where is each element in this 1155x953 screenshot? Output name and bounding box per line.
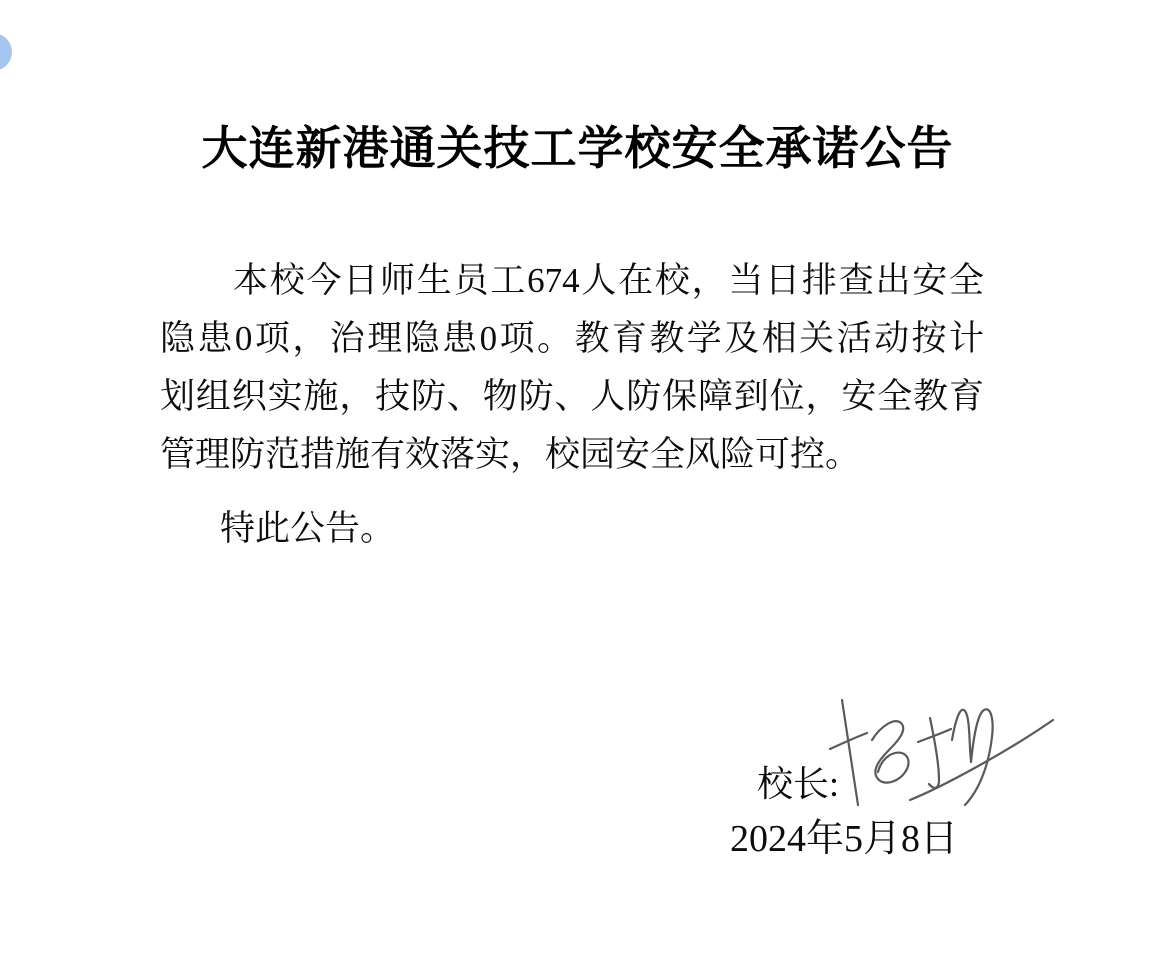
closing-statement: 特此公告。	[160, 500, 984, 558]
body-line: 隐患0项，治理隐患0项。教育教学及相关活动按计	[160, 310, 984, 368]
corner-decoration-circle	[0, 33, 12, 71]
document-date: 2024年5月8日	[730, 816, 958, 862]
body-line: 本校今日师生员工674人在校，当日排查出安全	[160, 252, 984, 310]
announcement-body: 本校今日师生员工674人在校，当日排查出安全 隐患0项，治理隐患0项。教育教学及…	[160, 252, 984, 558]
handwritten-signature-icon	[822, 692, 1066, 810]
body-line: 划组织实施，技防、物防、人防保障到位，安全教育	[160, 368, 984, 426]
body-line: 管理防范措施有效落实，校园安全风险可控。	[160, 426, 984, 484]
document-title: 大连新港通关技工学校安全承诺公告	[0, 120, 1155, 176]
announcement-page: 大连新港通关技工学校安全承诺公告 本校今日师生员工674人在校，当日排查出安全 …	[0, 0, 1155, 953]
